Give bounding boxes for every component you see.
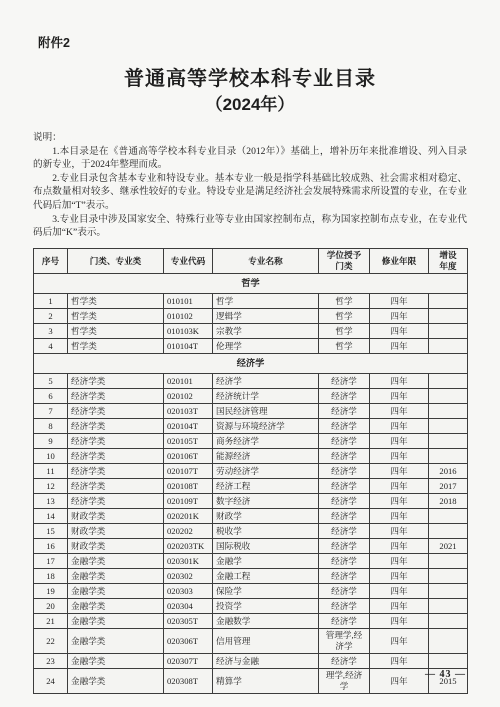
table-header: 序号门类、专业类专业代码专业名称学位授予 门类修业年限增设 年度 (34, 249, 468, 274)
table-cell: 21 (34, 614, 68, 629)
table-cell: 020109T (164, 494, 213, 509)
table-cell (429, 509, 468, 524)
column-header-4: 学位授予 门类 (319, 249, 370, 274)
table-header-row: 序号门类、专业类专业代码专业名称学位授予 门类修业年限增设 年度 (34, 249, 468, 274)
section-row: 经济学 (34, 354, 468, 374)
table-cell: 国际税收 (213, 539, 319, 554)
table-cell (429, 654, 468, 669)
table-cell: 四年 (370, 294, 429, 309)
table-cell: 020202 (164, 524, 213, 539)
table-cell: 14 (34, 509, 68, 524)
table-cell: 020301K (164, 554, 213, 569)
table-cell: 商务经济学 (213, 434, 319, 449)
table-cell: 数字经济 (213, 494, 319, 509)
table-cell: 经济学 (319, 569, 370, 584)
table-cell: 金融学类 (68, 654, 164, 669)
table-row: 24金融学类020308T精算学理学,经济学四年2015 (34, 669, 468, 694)
table-cell: 财政学类 (68, 509, 164, 524)
column-header-5: 修业年限 (370, 249, 429, 274)
table-cell: 哲学类 (68, 324, 164, 339)
table-cell: 3 (34, 324, 68, 339)
table-cell: 资源与环境经济学 (213, 419, 319, 434)
table-cell: 23 (34, 654, 68, 669)
table-cell: 金融工程 (213, 569, 319, 584)
table-row: 7经济学类020103T国民经济管理经济学四年 (34, 404, 468, 419)
table-cell: 020107T (164, 464, 213, 479)
table-cell: 经济学 (319, 524, 370, 539)
column-header-1: 门类、专业类 (68, 249, 164, 274)
table-cell: 020304 (164, 599, 213, 614)
section-label: 哲学 (34, 274, 468, 294)
table-cell: 金融学类 (68, 569, 164, 584)
table-cell: 020104T (164, 419, 213, 434)
table-cell: 18 (34, 569, 68, 584)
table-row: 8经济学类020104T资源与环境经济学经济学四年 (34, 419, 468, 434)
table-cell: 经济学类 (68, 449, 164, 464)
table-cell: 010102 (164, 309, 213, 324)
table-cell: 四年 (370, 404, 429, 419)
table-cell: 020106T (164, 449, 213, 464)
table-body: 哲学1哲学类010101哲学哲学四年2哲学类010102逻辑学哲学四年3哲学类0… (34, 274, 468, 694)
table-row: 4哲学类010104T伦理学哲学四年 (34, 339, 468, 354)
table-cell: 6 (34, 389, 68, 404)
notes-section: 说明： 1.本目录是在《普通高等学校本科专业目录（2012年）》基础上，增补历年… (33, 131, 467, 240)
table-cell (429, 614, 468, 629)
table-cell: 金融数学 (213, 614, 319, 629)
table-cell (429, 309, 468, 324)
table-cell (429, 419, 468, 434)
note-paragraph-1: 1.本目录是在《普通高等学校本科专业目录（2012年）》基础上，增补历年来批准增… (33, 145, 467, 172)
table-cell: 金融学类 (68, 669, 164, 694)
table-cell: 经济学 (319, 509, 370, 524)
table-row: 9经济学类020105T商务经济学经济学四年 (34, 434, 468, 449)
table-cell: 金融学 (213, 554, 319, 569)
table-cell: 16 (34, 539, 68, 554)
table-cell: 四年 (370, 419, 429, 434)
table-cell: 17 (34, 554, 68, 569)
table-cell: 国民经济管理 (213, 404, 319, 419)
table-row: 11经济学类020107T劳动经济学经济学四年2016 (34, 464, 468, 479)
table-cell (429, 434, 468, 449)
table-cell: 哲学类 (68, 309, 164, 324)
table-cell: 经济学 (319, 539, 370, 554)
table-cell (429, 629, 468, 654)
table-cell: 20 (34, 599, 68, 614)
table-cell: 经济统计学 (213, 389, 319, 404)
table-cell: 四年 (370, 374, 429, 389)
table-cell: 管理学,经济学 (319, 629, 370, 654)
column-header-6: 增设 年度 (429, 249, 468, 274)
table-cell: 四年 (370, 554, 429, 569)
table-row: 14财政学类020201K财政学经济学四年 (34, 509, 468, 524)
page-number: — 43 — (425, 669, 466, 680)
majors-table: 序号门类、专业类专业代码专业名称学位授予 门类修业年限增设 年度 哲学1哲学类0… (33, 248, 468, 694)
table-cell: 11 (34, 464, 68, 479)
table-cell: 经济学 (319, 599, 370, 614)
table-cell: 020105T (164, 434, 213, 449)
table-cell: 经济学 (319, 479, 370, 494)
table-cell: 哲学 (319, 294, 370, 309)
section-row: 哲学 (34, 274, 468, 294)
table-cell: 经济学 (319, 654, 370, 669)
table-row: 23金融学类020307T经济与金融经济学四年 (34, 654, 468, 669)
table-cell: 2 (34, 309, 68, 324)
table-cell: 22 (34, 629, 68, 654)
table-cell: 020308T (164, 669, 213, 694)
table-row: 21金融学类020305T金融数学经济学四年 (34, 614, 468, 629)
table-cell: 24 (34, 669, 68, 694)
table-cell: 经济学 (213, 374, 319, 389)
table-cell: 哲学 (213, 294, 319, 309)
table-cell: 金融学类 (68, 614, 164, 629)
table-cell: 四年 (370, 389, 429, 404)
attachment-label: 附件2 (38, 33, 70, 51)
table-cell: 宗教学 (213, 324, 319, 339)
table-cell: 四年 (370, 434, 429, 449)
table-cell (429, 524, 468, 539)
table-cell: 经济学 (319, 374, 370, 389)
table-cell: 020305T (164, 614, 213, 629)
table-cell: 劳动经济学 (213, 464, 319, 479)
table-cell: 020302 (164, 569, 213, 584)
table-cell: 2018 (429, 494, 468, 509)
table-cell: 020303 (164, 584, 213, 599)
table-cell: 哲学类 (68, 294, 164, 309)
table-cell: 020101 (164, 374, 213, 389)
table-cell: 四年 (370, 449, 429, 464)
note-paragraph-2: 2.专业目录包含基本专业和特设专业。基本专业一般是指学科基础比较成熟、社会需求相… (33, 172, 467, 213)
table-row: 2哲学类010102逻辑学哲学四年 (34, 309, 468, 324)
table-cell (429, 374, 468, 389)
table-cell: 金融学类 (68, 584, 164, 599)
table-cell: 12 (34, 479, 68, 494)
table-cell: 经济学 (319, 404, 370, 419)
note-paragraph-3: 3.专业目录中涉及国家安全、特殊行业等专业由国家控制布点，称为国家控制布点专业，… (33, 213, 467, 240)
table-row: 1哲学类010101哲学哲学四年 (34, 294, 468, 309)
table-cell: 经济学类 (68, 434, 164, 449)
table-cell: 四年 (370, 614, 429, 629)
notes-label: 说明： (33, 131, 467, 145)
table-cell: 经济工程 (213, 479, 319, 494)
table-row: 6经济学类020102经济统计学经济学四年 (34, 389, 468, 404)
table-cell: 2017 (429, 479, 468, 494)
table-cell: 经济学类 (68, 374, 164, 389)
table-cell: 四年 (370, 324, 429, 339)
table-cell: 010104T (164, 339, 213, 354)
table-cell: 020306T (164, 629, 213, 654)
table-cell (429, 584, 468, 599)
table-cell: 19 (34, 584, 68, 599)
document-page: 附件2 普通高等学校本科专业目录 （2024年） 说明： 1.本目录是在《普通高… (0, 0, 500, 707)
table-cell: 四年 (370, 494, 429, 509)
column-header-3: 专业名称 (213, 249, 319, 274)
table-cell: 四年 (370, 654, 429, 669)
section-label: 经济学 (34, 354, 468, 374)
table-cell: 经济学类 (68, 494, 164, 509)
table-cell: 财政学类 (68, 524, 164, 539)
table-cell (429, 324, 468, 339)
table-cell: 四年 (370, 669, 429, 694)
table-cell: 2016 (429, 464, 468, 479)
table-cell (429, 599, 468, 614)
table-cell: 四年 (370, 309, 429, 324)
table-cell: 金融学类 (68, 554, 164, 569)
table-cell: 经济学 (319, 419, 370, 434)
table-cell: 四年 (370, 584, 429, 599)
table-row: 5经济学类020101经济学经济学四年 (34, 374, 468, 389)
table-cell: 020102 (164, 389, 213, 404)
table-cell: 哲学 (319, 324, 370, 339)
table-row: 3哲学类010103K宗教学哲学四年 (34, 324, 468, 339)
table-cell: 哲学 (319, 309, 370, 324)
table-row: 19金融学类020303保险学经济学四年 (34, 584, 468, 599)
table-cell (429, 404, 468, 419)
table-cell (429, 449, 468, 464)
table-cell: 2021 (429, 539, 468, 554)
table-cell: 经济学 (319, 464, 370, 479)
table-cell: 税收学 (213, 524, 319, 539)
table-cell: 四年 (370, 599, 429, 614)
table-row: 22金融学类020306T信用管理管理学,经济学四年 (34, 629, 468, 654)
table-cell: 经济学类 (68, 404, 164, 419)
table-cell (429, 294, 468, 309)
table-cell: 020201K (164, 509, 213, 524)
table-cell (429, 569, 468, 584)
table-cell: 四年 (370, 539, 429, 554)
table-cell: 1 (34, 294, 68, 309)
table-row: 12经济学类020108T经济工程经济学四年2017 (34, 479, 468, 494)
table-cell: 020103T (164, 404, 213, 419)
table-cell (429, 554, 468, 569)
table-cell: 金融学类 (68, 629, 164, 654)
table-cell: 020307T (164, 654, 213, 669)
table-cell: 经济学 (319, 434, 370, 449)
table-cell: 财政学 (213, 509, 319, 524)
table-cell: 四年 (370, 339, 429, 354)
table-cell: 财政学类 (68, 539, 164, 554)
table-cell: 金融学类 (68, 599, 164, 614)
page-title: 普通高等学校本科专业目录 (0, 62, 500, 91)
table-cell: 020203TK (164, 539, 213, 554)
table-cell: 经济学 (319, 389, 370, 404)
table-cell: 投资学 (213, 599, 319, 614)
table-cell: 经济学 (319, 614, 370, 629)
table-row: 13经济学类020109T数字经济经济学四年2018 (34, 494, 468, 509)
table-cell: 理学,经济学 (319, 669, 370, 694)
table-cell: 10 (34, 449, 68, 464)
table-cell: 信用管理 (213, 629, 319, 654)
table-cell: 7 (34, 404, 68, 419)
table-cell: 四年 (370, 464, 429, 479)
table-cell: 逻辑学 (213, 309, 319, 324)
table-cell: 四年 (370, 509, 429, 524)
table-cell: 哲学类 (68, 339, 164, 354)
table-row: 18金融学类020302金融工程经济学四年 (34, 569, 468, 584)
table-cell: 哲学 (319, 339, 370, 354)
column-header-2: 专业代码 (164, 249, 213, 274)
table-cell: 8 (34, 419, 68, 434)
table-cell: 5 (34, 374, 68, 389)
table-row: 20金融学类020304投资学经济学四年 (34, 599, 468, 614)
table-cell: 经济学类 (68, 419, 164, 434)
table-cell: 保险学 (213, 584, 319, 599)
table-cell: 能源经济 (213, 449, 319, 464)
table-cell: 经济学类 (68, 464, 164, 479)
table-cell: 经济学类 (68, 479, 164, 494)
page-subtitle: （2024年） (0, 90, 500, 115)
table-cell: 四年 (370, 629, 429, 654)
table-cell: 经济学类 (68, 389, 164, 404)
table-cell: 经济学 (319, 584, 370, 599)
table-cell (429, 339, 468, 354)
table-cell: 010103K (164, 324, 213, 339)
table-cell: 经济学 (319, 554, 370, 569)
table-cell: 010101 (164, 294, 213, 309)
column-header-0: 序号 (34, 249, 68, 274)
table-row: 17金融学类020301K金融学经济学四年 (34, 554, 468, 569)
table-cell: 四年 (370, 524, 429, 539)
table-row: 15财政学类020202税收学经济学四年 (34, 524, 468, 539)
table-cell: 经济学 (319, 494, 370, 509)
table-cell: 四年 (370, 569, 429, 584)
table-cell: 9 (34, 434, 68, 449)
table-cell: 020108T (164, 479, 213, 494)
table-cell: 经济与金融 (213, 654, 319, 669)
table-cell: 经济学 (319, 449, 370, 464)
table-row: 16财政学类020203TK国际税收经济学四年2021 (34, 539, 468, 554)
table-row: 10经济学类020106T能源经济经济学四年 (34, 449, 468, 464)
table-cell: 四年 (370, 479, 429, 494)
table-cell: 15 (34, 524, 68, 539)
table-cell: 精算学 (213, 669, 319, 694)
table-cell: 伦理学 (213, 339, 319, 354)
table-cell (429, 389, 468, 404)
table-cell: 4 (34, 339, 68, 354)
table-cell: 13 (34, 494, 68, 509)
